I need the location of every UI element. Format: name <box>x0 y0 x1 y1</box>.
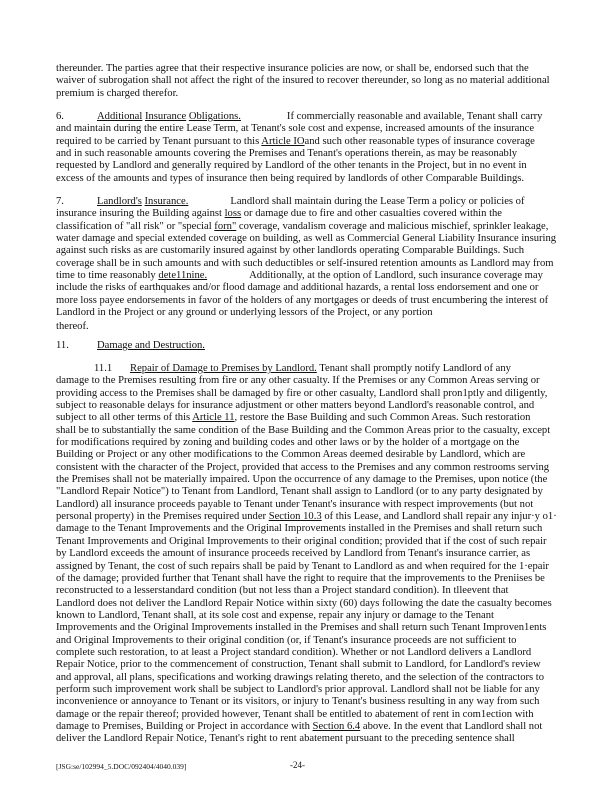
text-run: Tenant shall promptly notify Landlord of… <box>317 363 511 374</box>
text-run: required to be carried by Tenant pursuan… <box>56 136 261 147</box>
section-title-word: Obligations. <box>189 111 241 122</box>
article-reference-link: Article IO <box>261 136 304 147</box>
text-run: and such other reasonable types of insur… <box>305 136 535 147</box>
text-run: coverage, vandalism coverage and malicio… <box>236 221 548 232</box>
text-line: requested by Landlord and generally requ… <box>56 160 556 172</box>
text-run: time to time reasonably <box>56 270 158 281</box>
document-page: thereunder. The parties agree that their… <box>0 0 612 800</box>
section-title-word: Landlord's <box>97 196 142 207</box>
text-line: Improvements and the Original Improvemen… <box>56 622 556 634</box>
text-line: by Landlord exceeds the amount of insura… <box>56 548 556 560</box>
text-line: Landlord does not deliver the Landlord R… <box>56 598 556 610</box>
text-run: personal property) in the Premises requi… <box>56 511 269 522</box>
underlined-word: dete11nine. <box>158 270 207 281</box>
text-line: and approval, all plans, specifications … <box>56 672 556 684</box>
text-line: Building or Project or any other modific… <box>56 449 556 461</box>
text-run: If commercially reasonable and available… <box>287 111 543 122</box>
article-reference-link: Article 11 <box>192 412 234 423</box>
section-number: 7. <box>56 196 97 208</box>
text-line: more loss payee endorsements in favor of… <box>56 295 556 307</box>
text-line: inconvenience or annoyance to Tenant or … <box>56 696 556 708</box>
text-run: Landlord shall maintain during the Lease… <box>230 196 524 207</box>
page-number: -24- <box>290 760 305 770</box>
text-line: of the damage; provided further that Ten… <box>56 573 556 585</box>
text-line: complete such restoration, to at least a… <box>56 647 556 659</box>
text-run: or damage due to fire and other casualti… <box>241 208 502 219</box>
text-run: classification of "all risk" or "special <box>56 221 214 232</box>
text-line: "Landlord Repair Notice") to Tenant from… <box>56 486 556 498</box>
text-run: of this Lease, and Landlord shall repair… <box>322 511 557 522</box>
section-number: 6. <box>56 111 97 123</box>
text-line: damage or the repair thereof; provided h… <box>56 709 556 721</box>
footer-doc-id: [JSG:se/102994_5.DOC/092404/4040.039] <box>56 762 186 771</box>
section-title-word: Insurance <box>145 111 186 122</box>
text-run: subject to all other terms of this <box>56 412 192 423</box>
text-line: assigned by Tenant, the cost of such rep… <box>56 561 556 573</box>
text-line: Landlord in the Project or any ground or… <box>56 307 556 319</box>
text-line: deliver the Landlord Repair Notice, Tena… <box>56 733 556 745</box>
underlined-word: loss <box>225 208 242 219</box>
text-line: subject to reasonable delays for insuran… <box>56 400 556 412</box>
text-line: premium is charged therefor. <box>56 88 556 100</box>
section-6-paragraph: 6.Additional Insurance Obligations.If co… <box>56 111 556 185</box>
text-line: reconstructed to a lesserstandard condit… <box>56 585 556 597</box>
text-line: against such risks as are customarily in… <box>56 245 556 257</box>
continuation-paragraph: thereunder. The parties agree that their… <box>56 63 556 100</box>
text-line: for modifications required by zoning and… <box>56 437 556 449</box>
text-line: water damage and special extended covera… <box>56 233 556 245</box>
text-line: coverage shall be in such amounts and wi… <box>56 258 556 270</box>
section-title-word: Additional <box>97 111 142 122</box>
section-11-1-paragraph: 11.1Repair of Damage to Premises by Land… <box>56 363 556 746</box>
text-line: damage to the Premises resulting from fi… <box>56 375 556 387</box>
text-line: thereof. <box>56 321 556 333</box>
text-line: and Original Improvements to their origi… <box>56 635 556 647</box>
text-line: and maintain during the entire Lease Ter… <box>56 123 556 135</box>
text-line: Repair Notice, prior to the commencement… <box>56 659 556 671</box>
section-title: Damage and Destruction. <box>97 340 205 351</box>
text-line: consistent with the character of the Pro… <box>56 462 556 474</box>
text-line: known to Landlord, Tenant shall, at its … <box>56 610 556 622</box>
text-run: insurance insuring the Building against <box>56 208 225 219</box>
text-line: Landlord) all insurance proceeds payable… <box>56 499 556 511</box>
text-line: shall be to substantially the same condi… <box>56 425 556 437</box>
text-line: Tenant Improvements and Original Improve… <box>56 536 556 548</box>
text-line: waiver of subrogation shall not affect t… <box>56 75 556 87</box>
text-line: thereunder. The parties agree that their… <box>56 63 556 75</box>
text-line: providing access to the Premises shall b… <box>56 388 556 400</box>
subsection-title: Repair of Damage to Premises by Landlord… <box>130 363 317 374</box>
text-run: damage to Premises, Building or Project … <box>56 721 313 732</box>
section-7-paragraph: 7.Landlord's Insurance.Landlord shall ma… <box>56 196 556 334</box>
section-number: 11. <box>56 340 97 352</box>
underlined-word: forn" <box>214 221 236 232</box>
section-title-word: Insurance. <box>145 196 189 207</box>
section-11-heading: 11.Damage and Destruction. <box>56 340 556 352</box>
text-line: and in such reasonable amounts covering … <box>56 148 556 160</box>
section-reference-link: Section 6.4 <box>313 721 361 732</box>
subsection-number: 11.1 <box>94 363 130 375</box>
text-line: the Premises shall not be materially imp… <box>56 474 556 486</box>
text-run: , restore the Base Building and such Com… <box>235 412 531 423</box>
text-run: Additionally, at the option of Landlord,… <box>249 270 543 281</box>
text-line: excess of the amounts and types of insur… <box>56 173 556 185</box>
text-run: above. In the event that Landlord shall … <box>360 721 542 732</box>
text-line: include the risks of earthquakes and/or … <box>56 282 556 294</box>
text-line: perform such improvement work shall be s… <box>56 684 556 696</box>
section-reference-link: Section 10.3 <box>269 511 322 522</box>
text-line: damage to the Tenant Improvements and th… <box>56 523 556 535</box>
